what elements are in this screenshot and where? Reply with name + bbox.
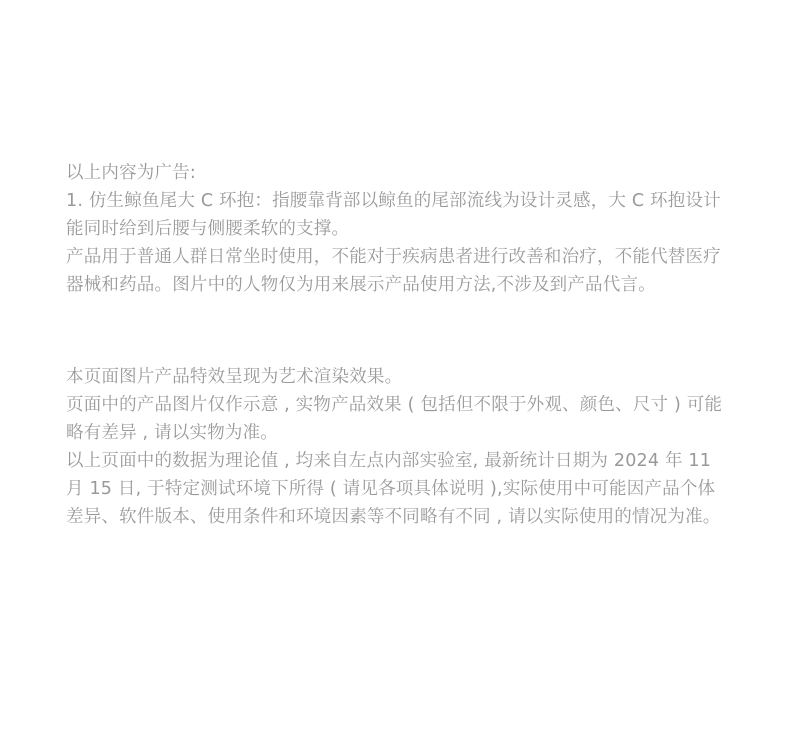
render-effect-note: 本页面图片产品特效呈现为艺术渲染效果。	[66, 363, 726, 391]
ad-usage-disclaimer: 产品用于普通人群日常坐时使用，不能对于疾病患者进行改善和治疗，不能代替医疗器械和…	[66, 243, 726, 299]
disclaimer-section: 本页面图片产品特效呈现为艺术渲染效果。 页面中的产品图片仅作示意 , 实物产品效…	[66, 363, 726, 531]
ad-notice-heading: 以上内容为广告:	[66, 159, 726, 187]
lab-data-note: 以上页面中的数据为理论值 , 均来自左点内部实验室, 最新统计日期为 2024 …	[66, 447, 726, 531]
ad-notice-section: 以上内容为广告: 1. 仿生鲸鱼尾大 C 环抱：指腰靠背部以鲸鱼的尾部流线为设计…	[66, 159, 726, 299]
product-image-note: 页面中的产品图片仅作示意 , 实物产品效果 ( 包括但不限于外观、颜色、尺寸 )…	[66, 391, 726, 447]
ad-feature-description: 1. 仿生鲸鱼尾大 C 环抱：指腰靠背部以鲸鱼的尾部流线为设计灵感，大 C 环抱…	[66, 187, 726, 243]
